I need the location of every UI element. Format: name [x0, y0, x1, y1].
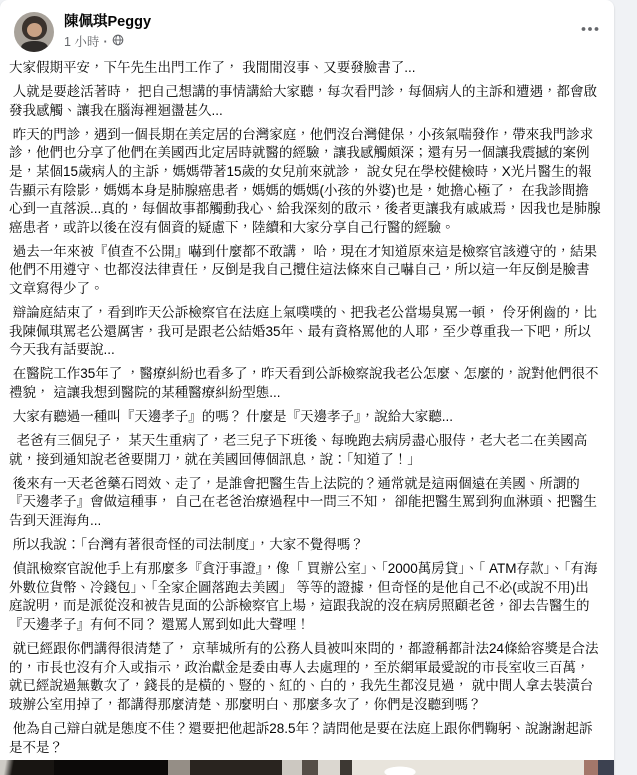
avatar[interactable] — [14, 12, 54, 52]
ellipsis-icon — [580, 19, 600, 42]
post-body: 大家假期平安，下午先生出門工作了， 我閒閒沒事、又要發臉書了... 人就是要趁活… — [0, 57, 614, 757]
avatar-face — [27, 23, 42, 37]
post-paragraph: 昨天的門診，遇到一個長期在美定居的台灣家庭，他們沒台灣健保，小孩氣喘發作，帶來我… — [9, 126, 602, 238]
post-options-button[interactable] — [574, 14, 606, 46]
facebook-feed-page: { "colors": { "page_bg": "#f0f2f5", "car… — [0, 0, 637, 775]
post-paragraph: 所以我說：「台灣有著很奇怪的司法制度」，大家不覺得嗎？ — [9, 536, 602, 555]
post-paragraph: 過去一年來被『偵查不公開』嚇到什麼都不敢講， 哈，現在才知道原來這是檢察官該遵守… — [9, 243, 602, 299]
globe-icon — [112, 34, 124, 51]
post-paragraph: 後來有一天老爸藥石罔效、走了，是誰會把醫生告上法院的？通常就是這兩個遠在美國、所… — [9, 475, 602, 531]
post-meta: 1 小時 · — [64, 33, 151, 51]
header-text: 陳佩琪Peggy 1 小時 · — [64, 12, 151, 51]
post-paragraph: 大家有聽過一種叫『天邊孝子』的嗎？ 什麼是『天邊孝子』，說給大家聽... — [9, 408, 602, 427]
post-paragraph: 辯論庭結束了，看到昨天公訴檢察官在法庭上氣噗噗的、把我老公當場臭罵一頓， 伶牙俐… — [9, 304, 602, 360]
meta-separator: · — [103, 34, 107, 51]
timestamp-link[interactable]: 1 小時 — [64, 34, 99, 51]
post-header: 陳佩琪Peggy 1 小時 · — [0, 0, 614, 57]
facebook-post-card: 陳佩琪Peggy 1 小時 · — [0, 0, 614, 775]
post-paragraph: 就已經跟你們講得很清楚了， 京華城所有的公務人員被叫來問的，都證稱都計法24條給… — [9, 640, 602, 714]
post-paragraph: 他為自己辯白就是態度不佳？還要把他起訴28.5年？請問他是要在法庭上跟你們鞠躬、… — [9, 720, 602, 757]
post-paragraph: 人就是要趁活著時， 把自己想講的事情講給大家聽，每次看門診，每個病人的主訴和遭遇… — [9, 83, 602, 120]
post-paragraph: 大家假期平安，下午先生出門工作了， 我閒閒沒事、又要發臉書了... — [9, 59, 602, 78]
post-paragraph: 在醫院工作35年了 ，醫療糾紛也看多了，昨天看到公訴檢察說我老公怎麼、怎麼的，說… — [9, 365, 602, 402]
avatar-shoulders — [21, 41, 48, 52]
author-name-link[interactable]: 陳佩琪Peggy — [64, 13, 151, 32]
post-paragraph: 老爸有三個兒子， 某天生重病了，老三兒子下班後、每晚跑去病房盡心服侍，老大老二在… — [9, 432, 602, 469]
post-photo[interactable] — [0, 760, 614, 775]
post-paragraph: 偵訊檢察官說他手上有那麼多『貪汙事證』，像「 買辦公室」、「2000萬房貸」、「… — [9, 560, 602, 634]
